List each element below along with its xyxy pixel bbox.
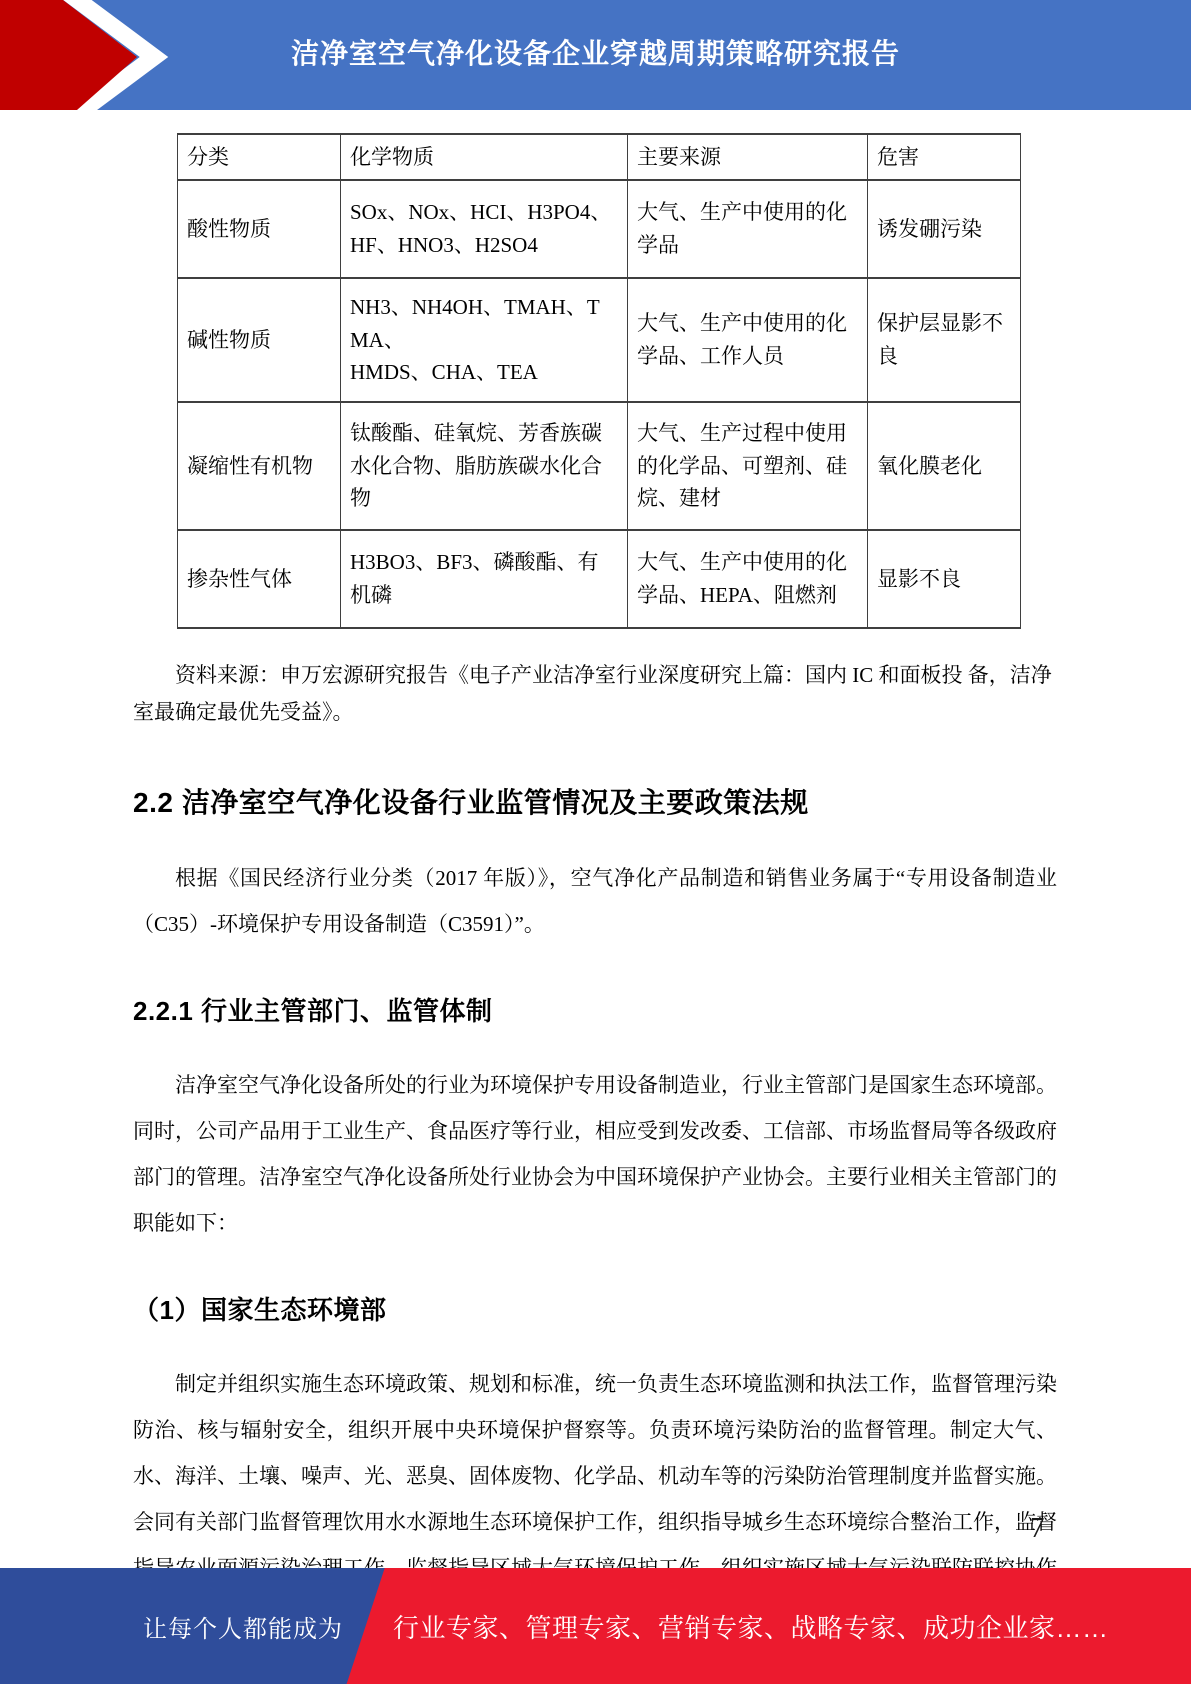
section-heading-2-2: 2.2 洁净室空气净化设备行业监管情况及主要政策法规 bbox=[133, 781, 1057, 821]
report-header-banner: 洁净室空气净化设备企业穿越周期策略研究报告 bbox=[0, 0, 1191, 110]
cell-category: 掺杂性气体 bbox=[178, 530, 341, 628]
cell-chemicals: SOx、NOx、HCI、H3PO4、HF、HNO3、H2SO4 bbox=[341, 180, 628, 278]
table-source-note: 资料来源：申万宏源研究报告《电子产业洁净室行业深度研究上篇：国内 IC 和面板投… bbox=[133, 657, 1057, 731]
column-header-sources: 主要来源 bbox=[628, 134, 868, 180]
cell-sources: 大气、生产中使用的化学品、工作人员 bbox=[628, 278, 868, 402]
cell-hazard: 氧化膜老化 bbox=[868, 402, 1021, 530]
table-row: 酸性物质 SOx、NOx、HCI、H3PO4、HF、HNO3、H2SO4 大气、… bbox=[178, 180, 1021, 278]
page-number: 7 bbox=[1030, 1512, 1045, 1545]
column-header-chemicals: 化学物质 bbox=[341, 134, 628, 180]
table-row: 凝缩性有机物 钛酸酯、硅氧烷、芳香族碳水化合物、脂肪族碳水化合物 大气、生产过程… bbox=[178, 402, 1021, 530]
paragraph-industry-classification: 根据《国民经济行业分类（2017 年版）》，空气净化产品制造和销售业务属于“专用… bbox=[133, 855, 1057, 947]
cell-hazard: 诱发硼污染 bbox=[868, 180, 1021, 278]
table-row: 碱性物质 NH3、NH4OH、TMAH、TMA、 HMDS、CHA、TEA 大气… bbox=[178, 278, 1021, 402]
cell-sources: 大气、生产过程中使用的化学品、可塑剂、硅烷、建材 bbox=[628, 402, 868, 530]
cell-hazard: 显影不良 bbox=[868, 530, 1021, 628]
column-header-category: 分类 bbox=[178, 134, 341, 180]
document-body: 分类 化学物质 主要来源 危害 酸性物质 SOx、NOx、HCI、H3PO4、H… bbox=[133, 110, 1057, 1637]
footer-slogan-left: 让每个人都能成为 bbox=[143, 1568, 343, 1684]
table-row: 掺杂性气体 H3BO3、BF3、磷酸酯、有机磷 大气、生产中使用的化学品、HEP… bbox=[178, 530, 1021, 628]
cell-sources: 大气、生产中使用的化学品、HEPA、阻燃剂 bbox=[628, 530, 868, 628]
footer-slogan-right: 行业专家、管理专家、营销专家、战略专家、成功企业家…… bbox=[393, 1568, 1109, 1684]
cell-category: 酸性物质 bbox=[178, 180, 341, 278]
footer-banner: 让每个人都能成为 行业专家、管理专家、营销专家、战略专家、成功企业家…… bbox=[0, 1568, 1191, 1684]
chemical-pollutants-table: 分类 化学物质 主要来源 危害 酸性物质 SOx、NOx、HCI、H3PO4、H… bbox=[177, 133, 1021, 629]
cell-chemicals: H3BO3、BF3、磷酸酯、有机磷 bbox=[341, 530, 628, 628]
cell-category: 碱性物质 bbox=[178, 278, 341, 402]
subsection-heading-item1: （1）国家生态环境部 bbox=[133, 1290, 1057, 1327]
paragraph-regulators-overview: 洁净室空气净化设备所处的行业为环境保护专用设备制造业，行业主管部门是国家生态环境… bbox=[133, 1062, 1057, 1246]
cell-chemicals: 钛酸酯、硅氧烷、芳香族碳水化合物、脂肪族碳水化合物 bbox=[341, 402, 628, 530]
column-header-hazard: 危害 bbox=[868, 134, 1021, 180]
cell-chemicals: NH3、NH4OH、TMAH、TMA、 HMDS、CHA、TEA bbox=[341, 278, 628, 402]
report-title: 洁净室空气净化设备企业穿越周期策略研究报告 bbox=[0, 32, 1191, 72]
cell-hazard: 保护层显影不良 bbox=[868, 278, 1021, 402]
cell-category: 凝缩性有机物 bbox=[178, 402, 341, 530]
cell-sources: 大气、生产中使用的化学品 bbox=[628, 180, 868, 278]
section-heading-2-2-1: 2.2.1 行业主管部门、监管体制 bbox=[133, 991, 1057, 1028]
table-header-row: 分类 化学物质 主要来源 危害 bbox=[178, 134, 1021, 180]
